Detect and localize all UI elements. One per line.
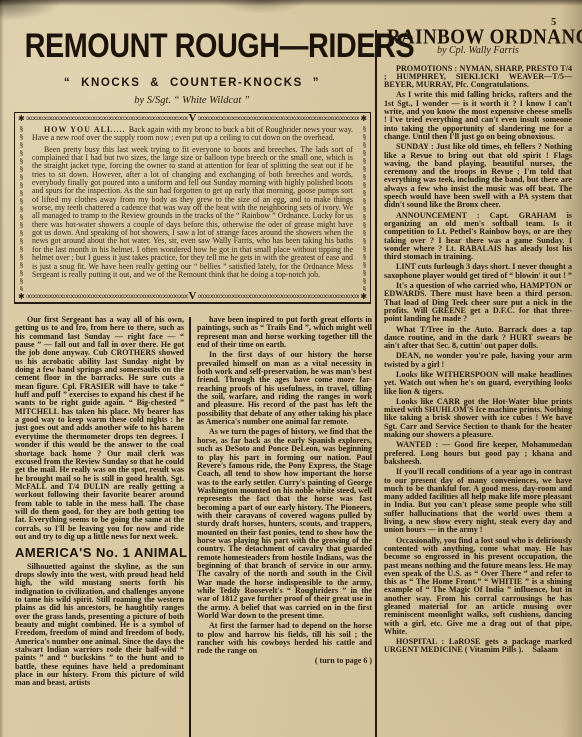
paragraph: LINT cuts furlough 3 days short. I never…: [384, 263, 572, 280]
left-column-section-paragraphs: Silhouetted against the skyline, as the …: [15, 563, 184, 688]
chain-ornament: ∞∞∞∞∞∞∞∞∞∞∞∞∞∞∞∞∞∞∞∞∞∞∞∞∞∞∞∞∞∞∞∞∞∞∞∞∞∞∞∞…: [197, 113, 359, 124]
paragraph: In the first days of our history the hor…: [197, 351, 372, 426]
corner-star-ornament: ✱: [17, 113, 26, 124]
main-column-divider: [375, 30, 377, 737]
paragraph: Silhouetted against the skyline, as the …: [15, 563, 184, 688]
paragraph: What T/Tree in the Auto. Barrack does a …: [384, 326, 572, 351]
left-column: Our first Sergeant has a way all of his …: [15, 316, 184, 688]
article-title: REMOUNT ROUGH—RIDERS: [25, 26, 360, 66]
article-subtitle: “ KNOCKS & COUNTER-KNOCKS ”: [12, 77, 372, 89]
right-column-paragraphs: PROMOTIONS : NYMAN, SHARP, PRESTO T/4 ; …: [384, 65, 572, 655]
paragraph: Occasionally, you find a lost soul who i…: [384, 537, 572, 637]
paragraph: have been inspired to put forth great ef…: [197, 316, 372, 349]
chain-ornament: ∞∞∞∞∞∞∞∞∞∞∞∞∞∞∞∞∞∞∞∞∞∞∞∞∞∞∞∞∞∞∞∞∞∞∞∞∞∞∞∞…: [197, 291, 359, 302]
paragraph: DEAN, no wonder you're pale, having your…: [384, 352, 572, 369]
corner-star-ornament: ✱: [359, 113, 368, 124]
paragraph: PROMOTIONS : NYMAN, SHARP, PRESTO T/4 ; …: [384, 65, 572, 90]
box-border-top: ✱ ∞∞∞∞∞∞∞∞∞∞∞∞∞∞∞∞∞∞∞∞∞∞∞∞∞∞∞∞∞∞∞∞∞∞∞∞∞∞…: [17, 113, 368, 124]
paragraph-lead: SUNDAY :: [396, 142, 436, 151]
boxed-intro: ✱ ∞∞∞∞∞∞∞∞∞∞∞∞∞∞∞∞∞∞∞∞∞∞∞∞∞∞∞∞∞∞∞∞∞∞∞∞∞∞…: [14, 112, 371, 304]
paragraph-lead: ANNOUNCEMENT :: [396, 211, 490, 220]
right-article-title: RAINBOW ORDNANCE: [387, 34, 569, 43]
section-heading: AMERICA'S No. 1 ANIMAL: [15, 549, 184, 557]
newspaper-page: 5 REMOUNT ROUGH—RIDERS “ KNOCKS & COUNTE…: [0, 0, 582, 737]
continuation-note: ( turn to page 6 ): [197, 657, 372, 665]
right-column: RAINBOW ORDNANCE by Cpl. Wally Farris PR…: [384, 28, 572, 655]
paragraph-lead: HOW YOU ALL....: [44, 125, 129, 134]
paragraph: At first the farmer had to depend on the…: [197, 622, 372, 655]
left-middle-column-divider: [189, 317, 191, 737]
main-article-header: REMOUNT ROUGH—RIDERS “ KNOCKS & COUNTER-…: [12, 28, 372, 106]
paragraph: Looks like CARR got the Hot-Water blue p…: [384, 398, 572, 439]
box-border-bottom: ✱ ∞∞∞∞∞∞∞∞∞∞∞∞∞∞∞∞∞∞∞∞∞∞∞∞∞∞∞∞∞∞∞∞∞∞∞∞∞∞…: [17, 291, 368, 302]
left-column-paragraphs: Our first Sergeant has a way all of his …: [15, 316, 184, 541]
paragraph: Our first Sergeant has a way all of his …: [15, 316, 184, 541]
paragraph: SUNDAY : Just like old times, eh fellers…: [384, 143, 572, 209]
paragraph: Looks like WITHERSPOON will make headlin…: [384, 371, 572, 396]
middle-column-paragraphs: have been inspired to put forth great ef…: [197, 316, 372, 656]
chain-ornament: ∞∞∞∞∞∞∞∞∞∞∞∞∞∞∞∞∞∞∞∞∞∞∞∞∞∞∞∞∞∞∞∞∞∞∞∞∞∞∞∞…: [26, 113, 188, 124]
chain-ornament-right: §§§§§§§§§§§§§§§§§§§§§§§§§§: [359, 124, 369, 291]
paragraph: It's a question of who carried who, HAMP…: [384, 282, 572, 323]
middle-column: have been inspired to put forth great ef…: [197, 316, 372, 665]
paragraph: HOW YOU ALL.... Back again with my bronc…: [32, 126, 353, 143]
paragraph: ANNOUNCEMENT : Capt. GRAHAM is organizin…: [384, 212, 572, 262]
paragraph: As we turn the pages of history, we find…: [197, 428, 372, 620]
paragraph: WANTED : — Good fire keeper, Mohammedan …: [384, 441, 572, 466]
paragraph: As I write this mid falling bricks, raft…: [384, 91, 572, 141]
paragraph-lead: PROMOTIONS :: [396, 64, 460, 73]
center-v-ornament: V: [188, 113, 198, 124]
paragraph-lead: HOSPITAL :: [396, 637, 449, 646]
corner-star-ornament: ✱: [17, 291, 26, 302]
center-v-ornament: V: [188, 291, 198, 302]
paragraph: Been pretty busy this last week trying t…: [32, 146, 353, 280]
article-byline: by S/Sgt. “ White Wildcat ”: [12, 95, 372, 106]
paragraph: If you'll recall conditions of a year ag…: [384, 468, 572, 534]
boxed-intro-text: HOW YOU ALL.... Back again with my bronc…: [32, 126, 353, 289]
corner-star-ornament: ✱: [359, 291, 368, 302]
chain-ornament-left: §§§§§§§§§§§§§§§§§§§§§§§§§§: [16, 124, 26, 291]
paragraph-lead: WANTED : —: [396, 440, 454, 449]
chain-ornament: ∞∞∞∞∞∞∞∞∞∞∞∞∞∞∞∞∞∞∞∞∞∞∞∞∞∞∞∞∞∞∞∞∞∞∞∞∞∞∞∞…: [26, 291, 188, 302]
